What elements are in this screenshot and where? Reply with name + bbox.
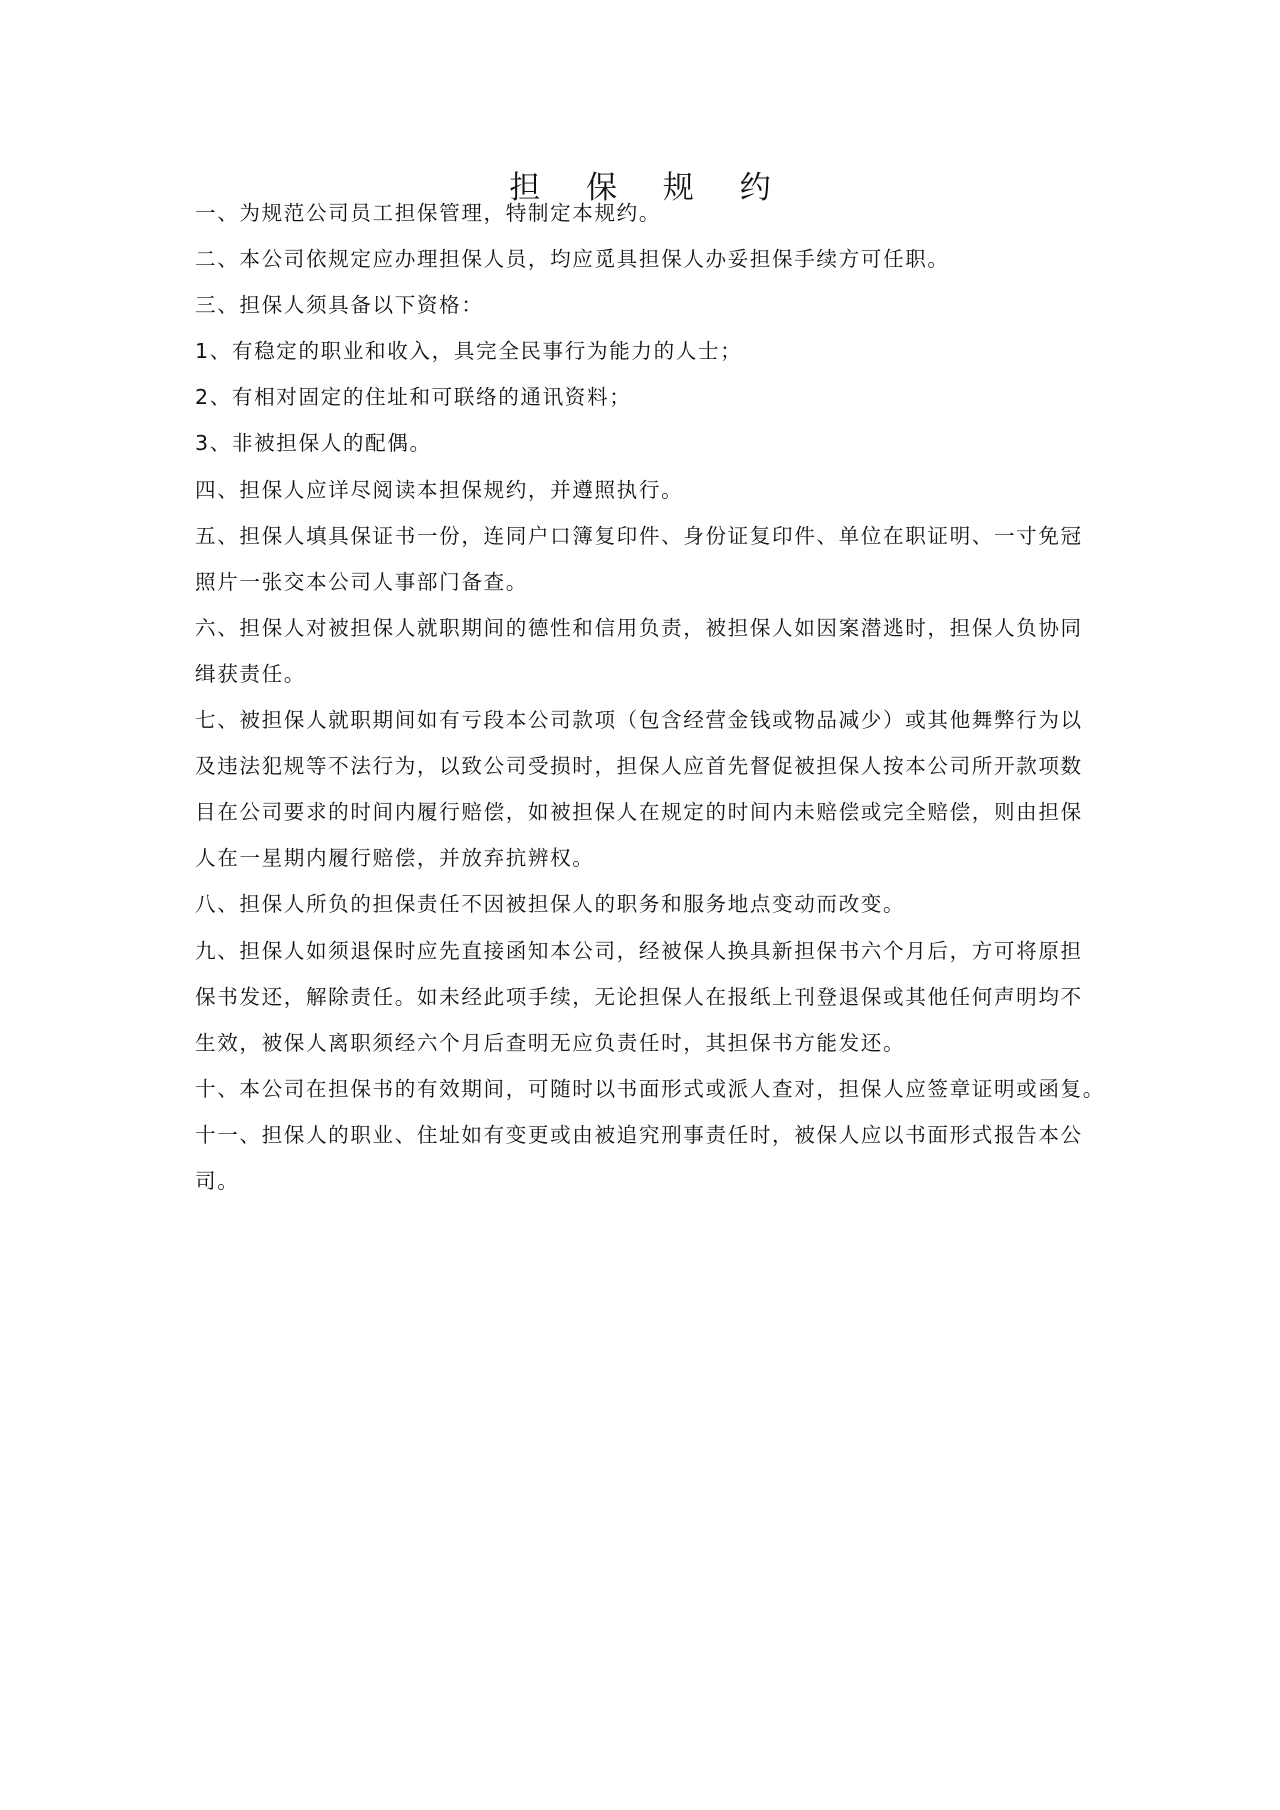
clause-9-line-2: 保书发还，解除责任。如未经此项手续，无论担保人在报纸上刊登退保或其他任何声明均不: [195, 983, 1087, 1029]
document-page: 担 保 规 约 一、为规范公司员工担保管理，特制定本规约。 二、本公司依规定应办…: [0, 0, 1280, 1810]
clause-3-line: 三、担保人须具备以下资格：: [195, 291, 1087, 337]
clause-9-line-1: 九、担保人如须退保时应先直接函知本公司，经被保人换具新担保书六个月后，方可将原担: [195, 937, 1087, 983]
clause-11-line-1: 十一、担保人的职业、住址如有变更或由被追究刑事责任时，被保人应以书面形式报告本公: [195, 1121, 1087, 1167]
clause-7-line-2: 及违法犯规等不法行为，以致公司受损时，担保人应首先督促被担保人按本公司所开款项数: [195, 752, 1087, 798]
clause-6-line-2: 缉获责任。: [195, 660, 1087, 706]
clause-1-line: 一、为规范公司员工担保管理，特制定本规约。: [195, 199, 1087, 245]
clause-5-line-2: 照片一张交本公司人事部门备查。: [195, 568, 1087, 614]
clause-6-line-1: 六、担保人对被担保人就职期间的德性和信用负责，被担保人如因案潜逃时，担保人负协同: [195, 614, 1087, 660]
qualification-2-line: 2、有相对固定的住址和可联络的通讯资料；: [195, 383, 1087, 429]
clause-7-line-1: 七、被担保人就职期间如有亏段本公司款项（包含经营金钱或物品减少）或其他舞弊行为以: [195, 706, 1087, 752]
clause-11-line-2: 司。: [195, 1167, 1087, 1213]
clause-7-line-4: 人在一星期内履行赔偿，并放弃抗辨权。: [195, 844, 1087, 890]
clause-10-line: 十、本公司在担保书的有效期间，可随时以书面形式或派人查对，担保人应签章证明或函复…: [195, 1075, 1087, 1121]
clause-7-line-3: 目在公司要求的时间内履行赔偿，如被担保人在规定的时间内未赔偿或完全赔偿，则由担保: [195, 798, 1087, 844]
clause-5-line-1: 五、担保人填具保证书一份，连同户口簿复印件、身份证复印件、单位在职证明、一寸免冠: [195, 522, 1087, 568]
qualification-3-line: 3、非被担保人的配偶。: [195, 429, 1087, 475]
clause-4-line: 四、担保人应详尽阅读本担保规约，并遵照执行。: [195, 476, 1087, 522]
qualification-1-line: 1、有稳定的职业和收入，具完全民事行为能力的人士；: [195, 337, 1087, 383]
clause-9-line-3: 生效，被保人离职须经六个月后查明无应负责任时，其担保书方能发还。: [195, 1029, 1087, 1075]
clause-8-line: 八、担保人所负的担保责任不因被担保人的职务和服务地点变动而改变。: [195, 890, 1087, 936]
document-body: 一、为规范公司员工担保管理，特制定本规约。 二、本公司依规定应办理担保人员，均应…: [195, 199, 1087, 1213]
clause-2-line: 二、本公司依规定应办理担保人员，均应觅具担保人办妥担保手续方可任职。: [195, 245, 1087, 291]
